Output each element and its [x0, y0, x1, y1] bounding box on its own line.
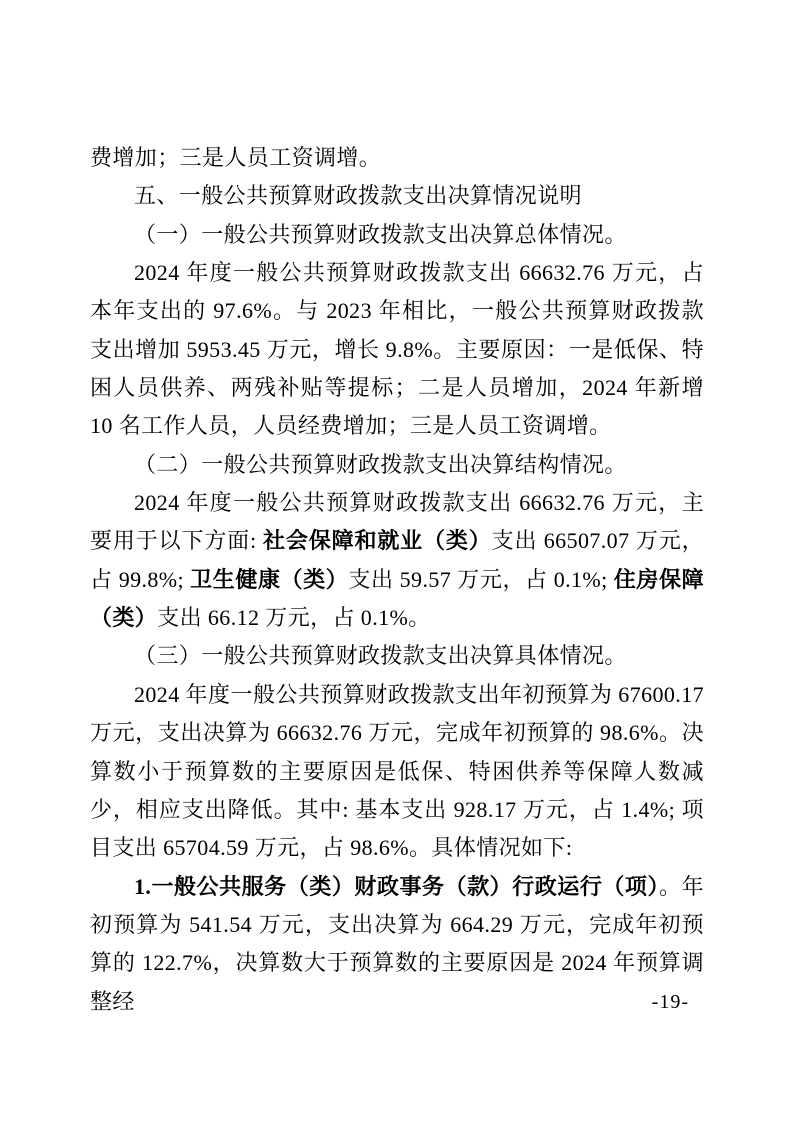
paragraph-overall: 2024 年度一般公共预算财政拨款支出 66632.76 万元，占本年支出的 9… — [90, 254, 704, 446]
bold-item1-title: 1.一般公共服务（类）财政事务（款）行政运行（项） — [134, 874, 659, 899]
subsection-heading-5-1: （一）一般公共预算财政拨款支出决算总体情况。 — [90, 216, 704, 254]
subsection-heading-5-3: （三）一般公共预算财政拨款支出决算具体情况。 — [90, 637, 704, 675]
subsection-heading-5-2: （二）一般公共预算财政拨款支出决算结构情况。 — [90, 446, 704, 484]
document-page: 费增加；三是人员工资调增。 五、一般公共预算财政拨款支出决算情况说明 （一）一般… — [0, 0, 793, 1122]
text-run: 支出 66.12 万元，占 0.1%。 — [157, 605, 430, 630]
paragraph-specific: 2024 年度一般公共预算财政拨款支出年初预算为 67600.17 万元，支出决… — [90, 676, 704, 868]
bold-term-health: 卫生健康（类） — [190, 567, 348, 592]
section-heading-5: 五、一般公共预算财政拨款支出决算情况说明 — [90, 177, 704, 215]
paragraph-structure: 2024 年度一般公共预算财政拨款支出 66632.76 万元，主要用于以下方面… — [90, 484, 704, 637]
bold-term-social-security: 社会保障和就业（类） — [263, 528, 492, 553]
page-number: -19- — [0, 991, 689, 1014]
paragraph-continuation: 费增加；三是人员工资调增。 — [90, 139, 704, 177]
document-body: 费增加；三是人员工资调增。 五、一般公共预算财政拨款支出决算情况说明 （一）一般… — [90, 139, 704, 1021]
text-run: 支出 59.57 万元，占 0.1%; — [348, 567, 613, 592]
